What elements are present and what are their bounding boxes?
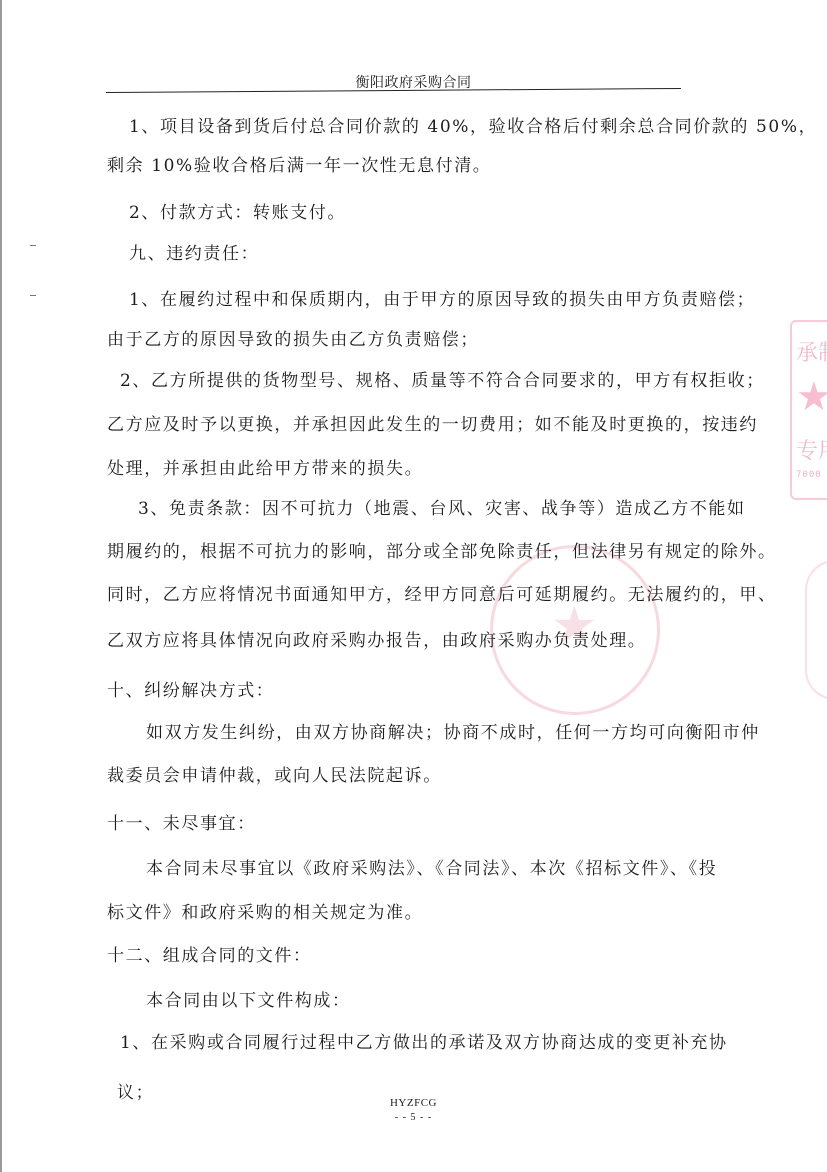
body-line: 2、付款方式：转账支付。 xyxy=(129,202,346,224)
section-heading: 九、违约责任： xyxy=(129,243,259,265)
footer-doc-code: HYZFCG xyxy=(0,1097,827,1109)
section-heading: 十二、组成合同的文件： xyxy=(107,945,312,967)
body-line: 期履约的，根据不可抗力的影响，部分或全部免除责任，但法律另有规定的除外。 xyxy=(107,541,777,563)
side-seal-stamp-faint xyxy=(805,560,827,700)
body-line: 3、免责条款：因不可抗力（地震、台风、灾害、战争等）造成乙方不能如 xyxy=(138,498,746,520)
body-line: 剩余 10%验收合格后满一年一次性无息付清。 xyxy=(107,155,491,177)
body-line: 本合同未尽事宜以《政府采购法》、《合同法》、本次《招标文件》、《投 xyxy=(146,858,717,880)
margin-mark xyxy=(30,295,36,296)
page-number: - - 5 - - xyxy=(0,1112,827,1123)
body-line: 乙方应及时予以更换，并承担因此发生的一切费用；如不能及时更换的，按违约 xyxy=(107,414,758,436)
body-line: 1、在采购或合同履行过程中乙方做出的承诺及双方协商达成的变更补充协 xyxy=(120,1032,728,1054)
body-line: 同时，乙方应将情况书面通知甲方，经甲方同意后可延期履约。无法履约的，甲、 xyxy=(107,584,777,606)
body-line: 标文件》和政府采购的相关规定为准。 xyxy=(107,902,423,924)
side-seal-star-icon: ★ xyxy=(796,374,827,420)
body-line: 处理，并承担由此给甲方带来的损失。 xyxy=(107,458,423,480)
body-line: 2、乙方所提供的货物型号、规格、质量等不符合合同要求的，甲方有权拒收； xyxy=(120,370,765,392)
body-line: 本合同由以下文件构成： xyxy=(146,990,351,1012)
body-line: 如双方发生纠纷，由双方协商解决；协商不成时，任何一方均可向衡阳市仲 xyxy=(146,722,760,744)
side-seal-text-top: 承制 xyxy=(796,336,827,367)
side-seal-text-mid: 专用 xyxy=(796,434,827,465)
side-seal-stamp: 承制 ★ 专用 7000 xyxy=(790,320,827,500)
body-line: 由于乙方的原因导致的损失由乙方负责赔偿； xyxy=(107,329,479,351)
body-line: 乙双方应将具体情况向政府采购办报告，由政府采购办负责处理。 xyxy=(107,630,646,652)
side-seal-digits: 7000 xyxy=(796,470,822,480)
body-line: 裁委员会申请仲裁，或向人民法院起诉。 xyxy=(107,765,442,787)
body-line: 1、在履约过程中和保质期内，由于甲方的原因导致的损失由甲方负责赔偿； xyxy=(129,289,755,311)
body-line: 1、项目设备到货后付总合同价款的 40%，验收合格后付剩余总合同价款的 50%， xyxy=(129,116,817,138)
section-heading: 十一、未尽事宜： xyxy=(107,813,256,835)
section-heading: 十、纠纷解决方式： xyxy=(107,680,274,702)
margin-mark xyxy=(30,245,36,246)
scan-edge xyxy=(0,0,2,1172)
